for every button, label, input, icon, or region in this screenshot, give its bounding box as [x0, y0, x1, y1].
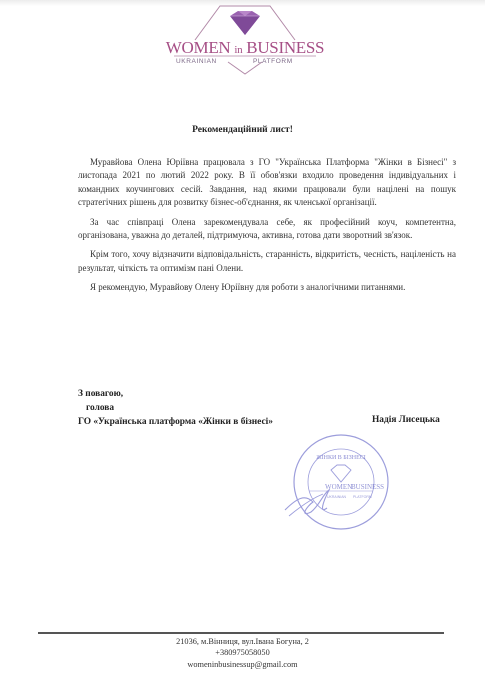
organization-logo: WOMEN in BUSINESS UKRAINIAN PLATFORM	[160, 4, 330, 76]
footer-email: womeninbusinessup@gmail.com	[0, 659, 485, 670]
stamp-seal-icon: ЖІНКИ В БІЗНЕСІ WOMEN BUSINESS UKRAINIAN…	[283, 432, 393, 537]
signer-name: Надія Лисецька	[372, 415, 440, 425]
svg-text:WOMEN: WOMEN	[325, 483, 352, 491]
logo-subtitle-left: UKRAINIAN	[176, 58, 217, 65]
paragraph-employment: Муравйова Олена Юріївна працювала з ГО "…	[78, 156, 456, 210]
logo-subtitle-right: PLATFORM	[253, 58, 293, 65]
svg-text:UKRAINIAN: UKRAINIAN	[327, 495, 347, 499]
stamp-inner-text: ЖІНКИ В БІЗНЕСІ	[316, 455, 366, 461]
letter-body: Муравйова Олена Юріївна працювала з ГО "…	[78, 156, 456, 301]
paragraph-qualities: За час співпраці Олена зарекомендувала с…	[78, 216, 456, 243]
letter-heading: Рекомендаційний лист!	[0, 125, 485, 135]
svg-text:PLATFORM: PLATFORM	[353, 495, 372, 499]
footer-address: 21036, м.Вінниця, вул.Івана Богуна, 2	[0, 636, 485, 647]
closing-line: З повагою,	[78, 387, 458, 401]
position-line: голова	[86, 401, 458, 415]
paragraph-traits: Крім того, хочу відзначити відповідальні…	[78, 248, 456, 275]
svg-text:BUSINESS: BUSINESS	[351, 483, 384, 491]
official-stamp: ЖІНКИ В БІЗНЕСІ WOMEN BUSINESS UKRAINIAN…	[283, 432, 393, 537]
footer-contacts: 21036, м.Вінниця, вул.Івана Богуна, 2 +3…	[0, 636, 485, 670]
logo-title: WOMEN in BUSINESS	[160, 38, 330, 58]
footer-phone: +380975058050	[0, 647, 485, 658]
footer-divider	[38, 632, 444, 634]
paragraph-recommendation: Я рекомендую, Муравйову Олену Юріївну дл…	[78, 281, 456, 294]
